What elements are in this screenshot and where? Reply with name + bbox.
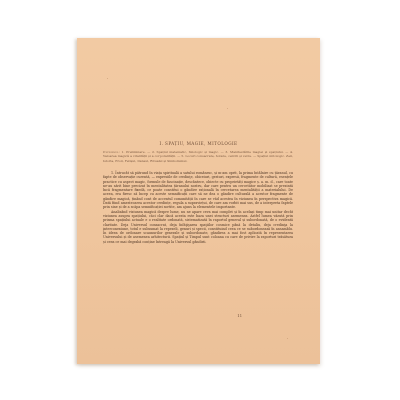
- paper-speck: [227, 108, 228, 109]
- paper-speck: [287, 338, 288, 339]
- chapter-title: I. SPAȚIU, MAGIE, MITOLOGIE: [77, 141, 320, 146]
- scan-background: I. SPAȚIU, MAGIE, MITOLOGIE Cuprinsul: 1…: [0, 0, 400, 400]
- paper-speck: [107, 78, 108, 79]
- chapter-summary: Cuprinsul: 1. Preliminare. — 2. Spațiul …: [103, 150, 293, 163]
- body-text: 1. Întrucât să pătrund în viața spiritua…: [103, 171, 293, 244]
- book-page: I. SPAȚIU, MAGIE, MITOLOGIE Cuprinsul: 1…: [77, 38, 320, 364]
- summary-text: 1. Preliminare. — 2. Spațiul matematic, …: [103, 150, 293, 163]
- page-number: 11: [237, 314, 242, 318]
- paragraph: 1. Întrucât să pătrund în viața spiritua…: [103, 171, 293, 210]
- paragraph: Analizând viziunea magică despre lume, n…: [103, 210, 293, 244]
